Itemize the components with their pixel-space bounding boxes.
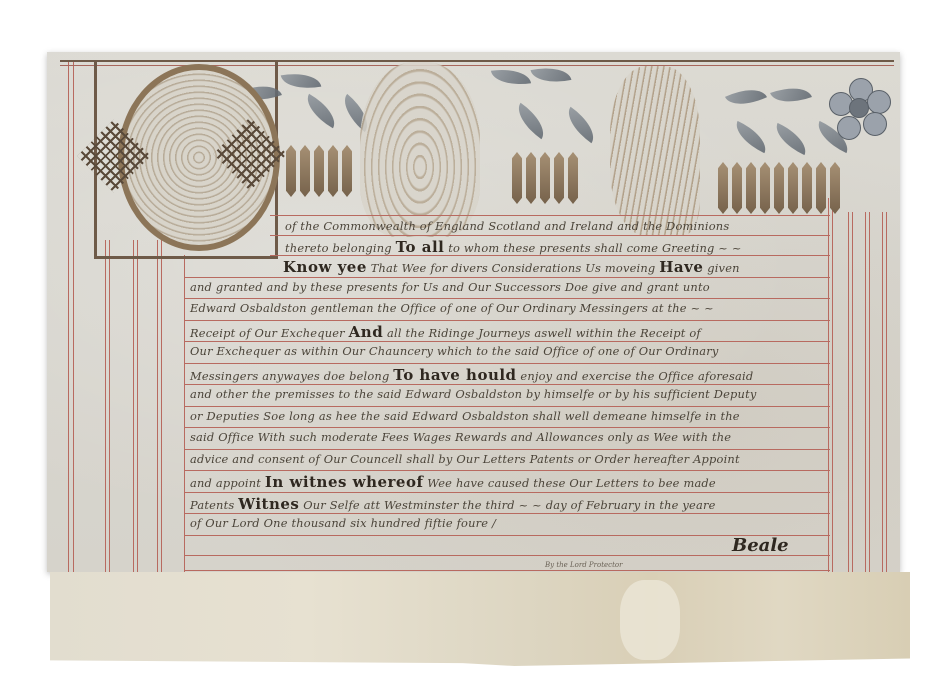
text-rule	[270, 215, 830, 216]
text-line-3: Know yee That Wee for divers Considerati…	[283, 258, 740, 282]
margin-rule	[832, 198, 833, 572]
margin-rule	[105, 240, 106, 572]
margin-rule	[852, 212, 853, 572]
text-block-rule	[184, 255, 185, 572]
leaf-icon	[531, 62, 572, 88]
leaf-icon	[560, 107, 601, 144]
margin-rule	[161, 240, 162, 572]
margin-rule	[848, 212, 849, 572]
illuminated-initial-p	[610, 66, 700, 236]
text-line-5: Edward Osbaldston gentleman the Office o…	[190, 301, 714, 325]
margin-rule	[68, 62, 69, 572]
flower-icon	[829, 78, 891, 140]
text-line-11: said Office With such moderate Fees Wage…	[190, 430, 731, 454]
leaf-icon	[725, 81, 767, 113]
text-line-13: and appoint In witnes whereof Wee have c…	[190, 473, 716, 497]
margin-rule	[869, 212, 870, 572]
text-line-9: and other the premisses to the said Edwa…	[190, 387, 757, 411]
margin-rule	[882, 212, 883, 572]
heading-word-protector	[718, 162, 840, 214]
text-line-7: Our Exchequer as within Our Chauncery wh…	[190, 344, 719, 368]
leaf-icon	[510, 103, 551, 140]
leaf-icon	[730, 121, 772, 153]
leaf-icon	[770, 80, 812, 110]
margin-rule	[157, 240, 158, 572]
signature-note: By the Lord Protector	[545, 561, 622, 569]
text-line-15: of Our Lord One thousand six hundred fif…	[190, 516, 496, 540]
leaf-icon	[491, 65, 531, 88]
leaf-icon	[770, 123, 812, 155]
heading-word-oliver	[286, 145, 352, 197]
seal-label: Beale	[732, 535, 789, 556]
margin-rule	[109, 240, 110, 572]
margin-rule	[133, 240, 134, 572]
heading-word-lord	[512, 152, 578, 204]
margin-rule	[865, 212, 866, 572]
margin-rule	[73, 62, 74, 572]
illuminated-initial-l	[360, 62, 480, 237]
margin-rule	[886, 212, 887, 572]
folded-plica	[50, 572, 910, 666]
leaf-icon	[300, 94, 342, 129]
text-rule	[184, 570, 830, 571]
leaf-icon	[281, 69, 322, 93]
fold-stain	[620, 580, 680, 660]
margin-rule	[137, 240, 138, 572]
